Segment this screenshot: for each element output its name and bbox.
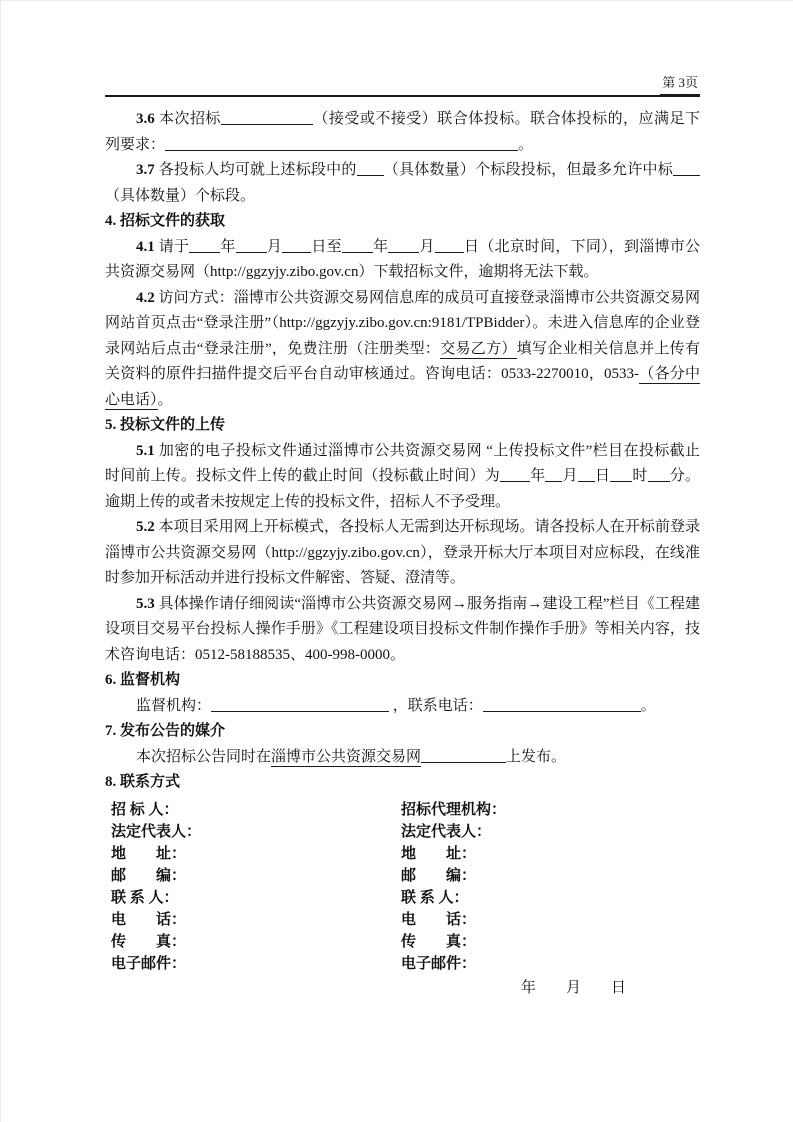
blank-field: [500, 466, 530, 482]
text-run: 4. 招标文件的获取: [105, 213, 225, 229]
contacts-column-agency: 招标代理机构：法定代表人：地 址：邮 编：联 系 人：电 话：传 真：电子邮件：: [401, 799, 700, 975]
section-number: 5.3: [136, 596, 155, 612]
text-run: 时: [632, 468, 647, 484]
blank-field: [357, 160, 384, 176]
paragraph: 4.1 请于年月日至年月日（北京时间，下同），到淄博市公共资源交易网（http:…: [105, 235, 700, 286]
document-body: 3.6 本次招标（接受或不接受）联合体投标。联合体投标的，应满足下列要求：。3.…: [105, 107, 700, 796]
contact-row: 联 系 人：: [111, 887, 401, 909]
text-run: 月: [419, 239, 434, 255]
contacts-block: 招 标 人：法定代表人：地 址：邮 编：联 系 人：电 话：传 真：电子邮件： …: [105, 799, 700, 975]
contact-row: 电 话：: [111, 909, 401, 931]
section-number: 3.6: [136, 111, 155, 127]
blank-field: [388, 237, 419, 253]
text-run: 本次招标公告同时在: [136, 749, 271, 765]
section-number: 5.1: [136, 443, 155, 459]
contact-row: 法定代表人：: [111, 821, 401, 843]
text-run: 上发布。: [506, 749, 566, 765]
text-run: 本次招标: [155, 111, 221, 127]
blank-field: [189, 237, 220, 253]
text-run: 。: [641, 698, 656, 714]
contact-row: 联 系 人：: [401, 887, 700, 909]
blank-field: [211, 696, 389, 712]
contact-row: 法定代表人：: [401, 821, 700, 843]
section-number: 3.7: [136, 162, 155, 178]
section-heading: 7. 发布公告的媒介: [105, 719, 700, 745]
contact-row: 电 话：: [401, 909, 700, 931]
text-run: 5. 投标文件的上传: [105, 417, 225, 433]
text-run: 7. 发布公告的媒介: [105, 723, 225, 739]
contact-row: 传 真：: [401, 931, 700, 953]
text-run: 年: [220, 239, 235, 255]
text-run: 8. 联系方式: [105, 774, 180, 790]
paragraph: 4.2 访问方式：淄博市公共资源交易网信息库的成员可直接登录淄博市公共资源交易网…: [105, 286, 700, 414]
contact-row: 招 标 人：: [111, 799, 401, 821]
contact-row: 电子邮件：: [401, 953, 700, 975]
paragraph: 3.6 本次招标（接受或不接受）联合体投标。联合体投标的，应满足下列要求：。: [105, 107, 700, 158]
blank-field: [610, 466, 632, 482]
contact-row: 地 址：: [401, 843, 700, 865]
text-run: 年: [373, 239, 388, 255]
blank-field: [483, 696, 641, 712]
text-run: 本项目采用网上开标模式，各投标人无需到达开标现场。请各投标人在开标前登录淄博市公…: [105, 519, 700, 586]
contact-row: 传 真：: [111, 931, 401, 953]
section-number: 5.2: [136, 519, 155, 535]
page-header: 第 3页: [105, 1, 700, 97]
text-run: 月: [562, 468, 577, 484]
date-line: 年 月 日: [105, 977, 700, 999]
section-heading: 4. 招标文件的获取: [105, 209, 700, 235]
underlined-text: 淄博市公共资源交易网: [271, 749, 421, 767]
paragraph: 本次招标公告同时在淄博市公共资源交易网上发布。: [105, 745, 700, 771]
paragraph: 3.7 各投标人均可就上述标段中的（具体数量）个标段投标，但最多允许中标（具体数…: [105, 158, 700, 209]
text-run: （具体数量）个标段。: [105, 188, 255, 204]
section-heading: 8. 联系方式: [105, 770, 700, 796]
blank-field: [673, 160, 700, 176]
section-heading: 6. 监督机构: [105, 668, 700, 694]
text-run: 。: [158, 392, 173, 408]
paragraph: 监督机构： ，联系电话：。: [105, 694, 700, 720]
section-heading: 5. 投标文件的上传: [105, 413, 700, 439]
underlined-text: 交易乙方）: [440, 341, 517, 359]
blank-field: [282, 237, 311, 253]
blank-field: [435, 237, 464, 253]
contact-row: 电子邮件：: [111, 953, 401, 975]
section-number: 4.1: [136, 239, 155, 255]
text-run: 日: [595, 468, 610, 484]
paragraph: 5.2 本项目采用网上开标模式，各投标人无需到达开标现场。请各投标人在开标前登录…: [105, 515, 700, 592]
text-run: （具体数量）个标段投标，但最多允许中标: [384, 162, 673, 178]
text-run: 具体操作请仔细阅读“淄博市公共资源交易网→服务指南→建设工程”栏目《工程建设项目…: [105, 596, 700, 663]
text-run: 。: [518, 137, 533, 153]
blank-field: [221, 109, 313, 125]
text-run: 月: [267, 239, 282, 255]
blank-field: [342, 237, 373, 253]
text-run: 年: [530, 468, 545, 484]
paragraph: 5.1 加密的电子投标文件通过淄博市公共资源交易网 “上传投标文件”栏目在投标截…: [105, 439, 700, 516]
blank-field: [165, 135, 518, 151]
page-number: 第 3页: [660, 73, 700, 95]
paragraph: 5.3 具体操作请仔细阅读“淄博市公共资源交易网→服务指南→建设工程”栏目《工程…: [105, 592, 700, 669]
blank-field: [578, 466, 595, 482]
blank-field: [236, 237, 267, 253]
contact-row: 邮 编：: [401, 865, 700, 887]
text-run: 各投标人均可就上述标段中的: [155, 162, 357, 178]
contacts-column-bidder: 招 标 人：法定代表人：地 址：邮 编：联 系 人：电 话：传 真：电子邮件：: [105, 799, 401, 975]
contact-row: 邮 编：: [111, 865, 401, 887]
blank-field: [648, 466, 670, 482]
contact-row: 招标代理机构：: [401, 799, 700, 821]
document-page: 第 3页 3.6 本次招标（接受或不接受）联合体投标。联合体投标的，应满足下列要…: [0, 0, 793, 1122]
text-run: 监督机构：: [136, 698, 211, 714]
section-number: 4.2: [136, 290, 155, 306]
text-run: 日至: [311, 239, 342, 255]
blank-field: [421, 747, 506, 763]
text-run: ，联系电话：: [389, 698, 483, 714]
text-run: 6. 监督机构: [105, 672, 180, 688]
blank-field: [545, 466, 562, 482]
text-run: 请于: [155, 239, 189, 255]
contact-row: 地 址：: [111, 843, 401, 865]
